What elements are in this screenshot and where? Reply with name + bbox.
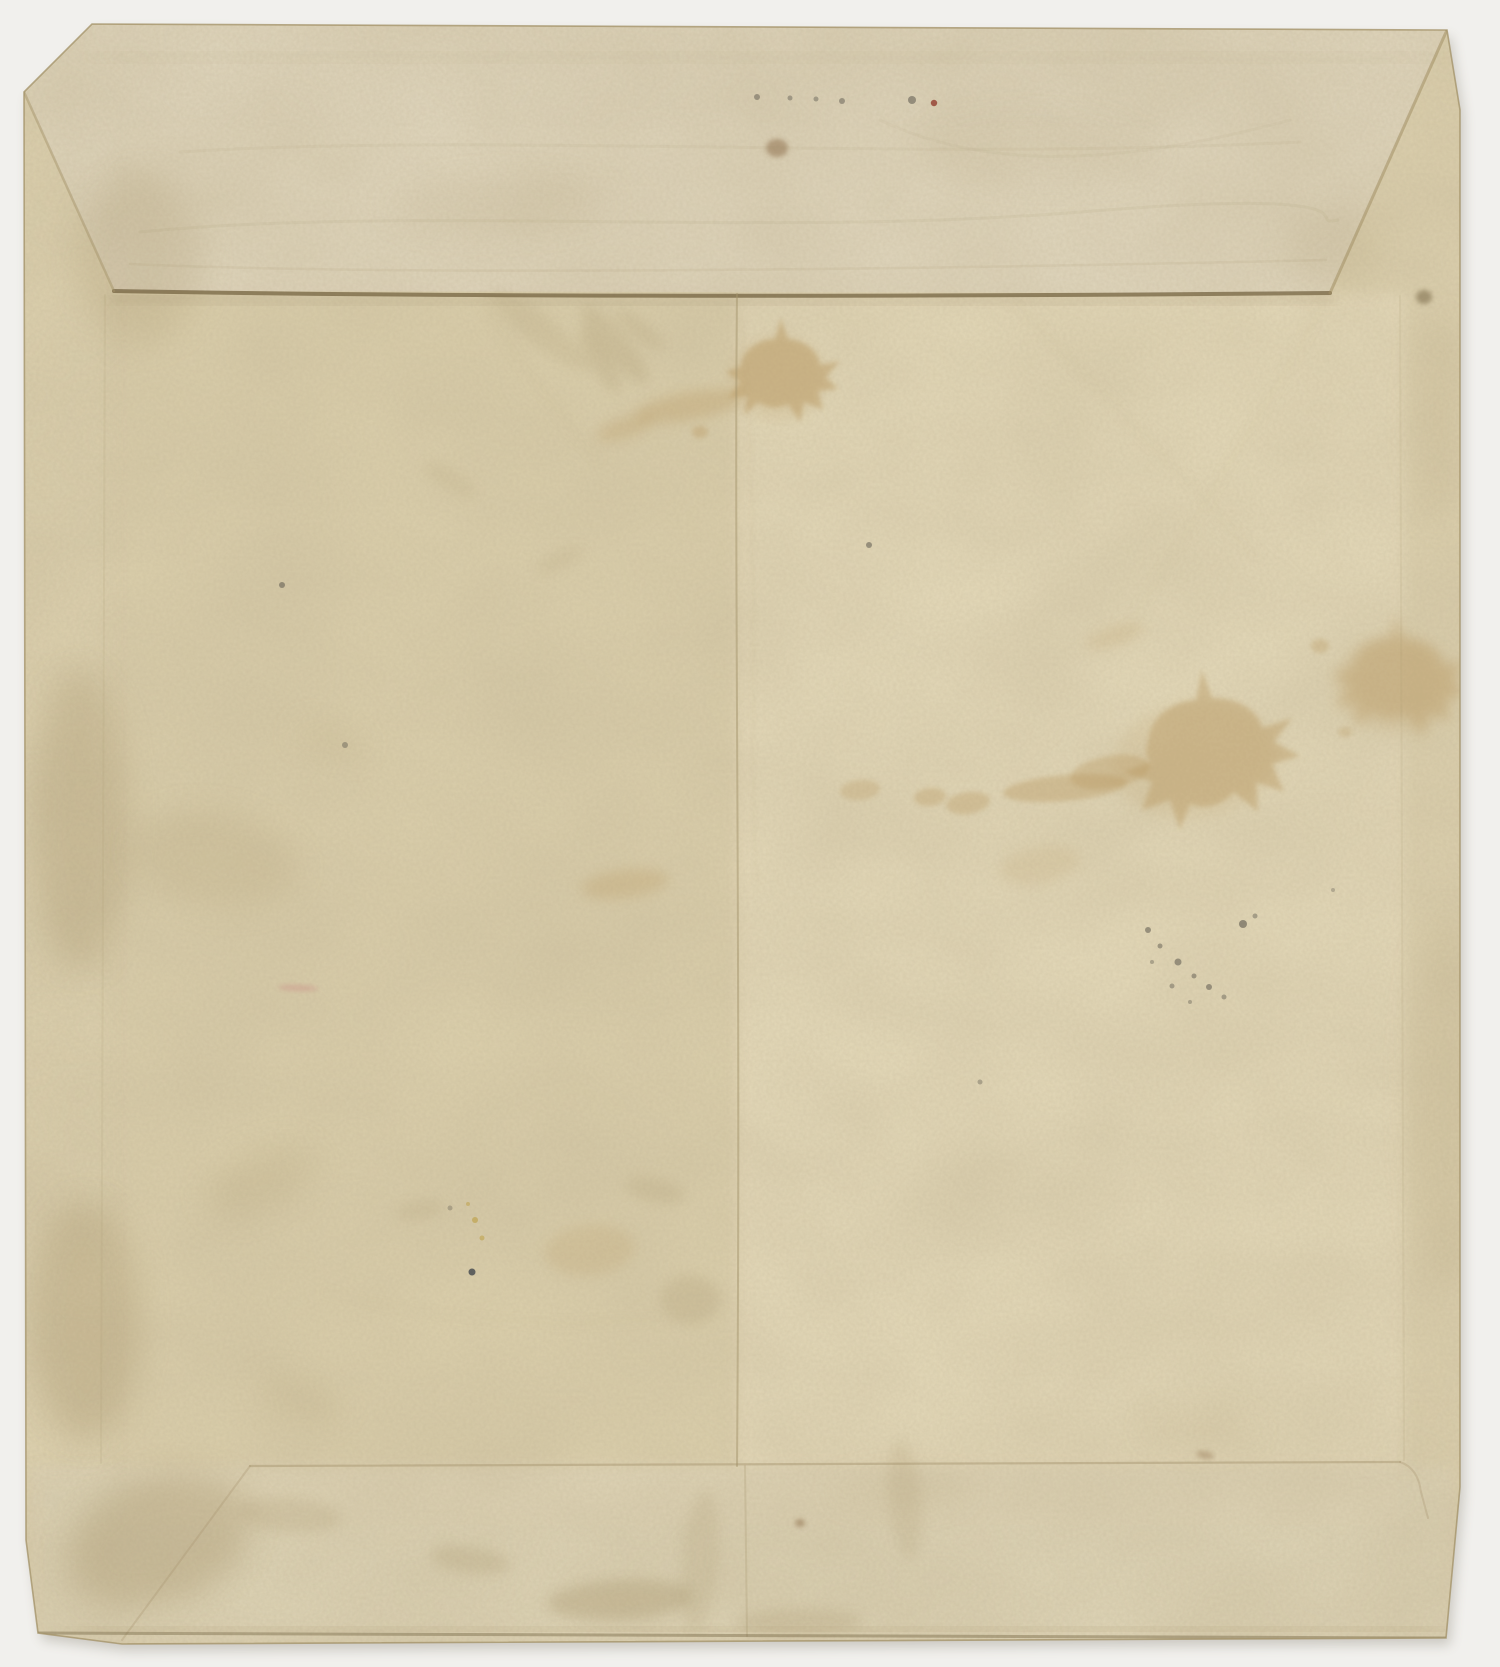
ink-speck (1170, 984, 1175, 989)
crease-line (110, 55, 1420, 60)
crease-line (114, 298, 1330, 303)
stain-blob (795, 1519, 805, 1527)
ink-speck (1192, 974, 1197, 979)
ink-speck (788, 96, 793, 101)
ink-speck (931, 100, 937, 106)
stain-blob (660, 1275, 720, 1325)
ink-speck (1150, 960, 1154, 964)
ink-speck (469, 1269, 476, 1276)
stain-blob (75, 175, 205, 345)
envelope-photo (0, 0, 1500, 1667)
ink-speck (1175, 959, 1182, 966)
ink-speck (1331, 888, 1335, 892)
ink-speck (814, 97, 819, 102)
ink-speck (908, 96, 916, 104)
ink-speck (279, 582, 285, 588)
ink-speck (1188, 1000, 1192, 1004)
ink-speck (1145, 927, 1151, 933)
ink-speck (866, 542, 872, 548)
ink-speck (978, 1080, 983, 1085)
stain-blob (830, 1474, 970, 1506)
ink-speck (342, 742, 348, 748)
envelope (0, 0, 1500, 1667)
ink-speck (1222, 995, 1227, 1000)
crease-line (90, 1628, 1430, 1630)
stain-blob (692, 426, 708, 438)
stain-blob (1140, 1412, 1260, 1448)
ink-speck (1253, 914, 1258, 919)
scan-background (0, 0, 1500, 1667)
stain-blob (1338, 727, 1352, 737)
ink-speck (839, 98, 845, 104)
ink-speck (448, 1206, 453, 1211)
ink-speck (1158, 944, 1163, 949)
ink-speck (466, 1202, 470, 1206)
ink-speck (480, 1236, 485, 1241)
stain-blob (1311, 639, 1329, 653)
ink-speck (754, 94, 760, 100)
ink-speck (1239, 920, 1247, 928)
ink-speck (1206, 984, 1212, 990)
ink-speck (472, 1217, 478, 1223)
